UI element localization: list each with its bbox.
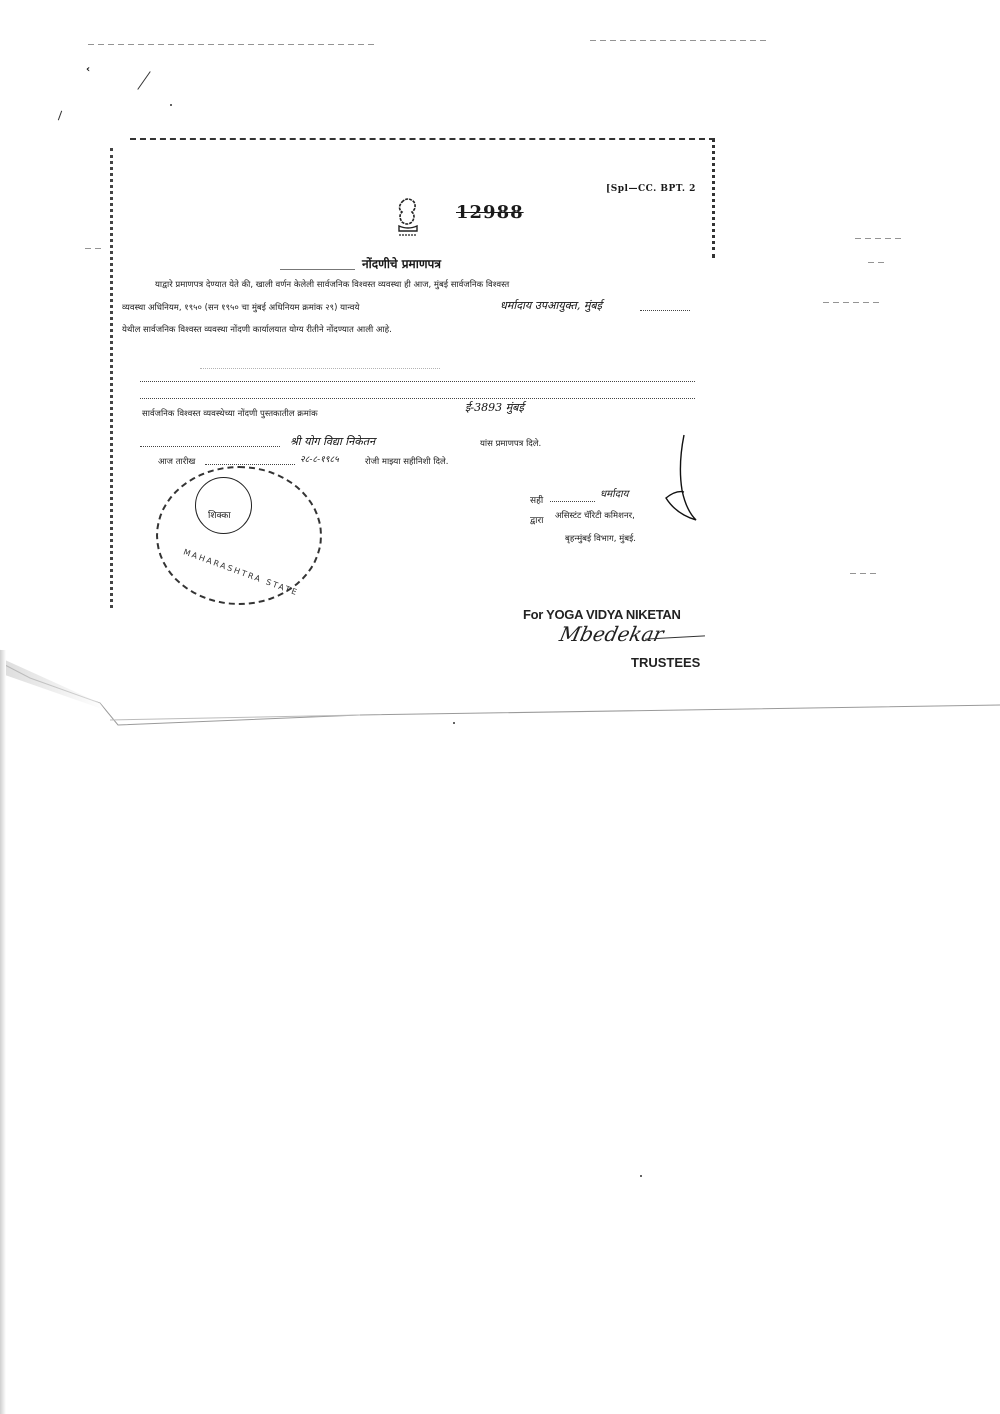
scan-artifact-line	[850, 573, 880, 574]
scan-artifact-line	[868, 262, 886, 263]
seal-inner-ring	[195, 477, 252, 534]
registration-certificate: [Spl—CC. BPT. 2 12988 नोंदणीचे प्रमाणपत्…	[110, 138, 715, 610]
registration-number: ई-3893 मुंबई	[465, 400, 524, 415]
official-signature: धर्मादाय	[600, 486, 628, 500]
form-code: [Spl—CC. BPT. 2	[606, 184, 696, 194]
scan-artifact-mark: ‹	[86, 64, 90, 75]
registration-label: सार्वजनिक विश्वस्त व्यवस्थेच्या नोंदणी प…	[142, 408, 318, 419]
certificate-title: नोंदणीचे प्रमाणपत्र	[362, 255, 441, 272]
certificate-left-border	[110, 148, 117, 608]
body-line-3: येथील सार्वजनिक विश्वस्त व्यवस्था नोंदणी…	[122, 324, 392, 335]
trust-name: श्री योग विद्या निकेतन	[290, 434, 375, 449]
scan-artifact-line	[590, 40, 770, 41]
signature-flourish-icon	[650, 433, 710, 543]
scan-artifact-line	[855, 238, 905, 239]
certificate-issued-text: यांस प्रमाणपत्र दिले.	[480, 438, 541, 449]
certificate-right-border	[708, 138, 715, 258]
scan-edge-shadow	[0, 650, 6, 1414]
paper-fold-edge	[0, 640, 1000, 730]
by-label: द्वारा	[530, 513, 544, 526]
body-line-2: व्यवस्था अधिनियम, १९५० (सन १९५० चा मुंबई…	[122, 302, 359, 313]
certificate-number: 12988	[456, 202, 524, 223]
signature-label: सही	[530, 493, 543, 506]
scan-artifact-stroke	[58, 111, 62, 121]
certificate-top-border	[130, 138, 715, 146]
state-emblem-icon	[393, 196, 423, 238]
scan-artifact-line	[85, 248, 105, 249]
region-line: बृहन्मुंबई विभाग, मुंबई.	[565, 533, 636, 544]
endorsement-for-line: For YOGA VIDYA NIKETAN	[523, 607, 681, 622]
scan-artifact-stroke	[137, 71, 150, 90]
body-line-1: याद्वारे प्रमाणपत्र देण्यात येते की, खाल…	[155, 279, 509, 290]
scan-artifact-line	[88, 44, 378, 45]
date-prefix: आज तारीख	[158, 456, 195, 467]
office-line: असिस्टंट चॅरिटी कमिशनर,	[555, 510, 635, 521]
title-rule	[280, 269, 355, 270]
date-suffix: रोजी माझ्या सहीनिशी दिले.	[365, 456, 448, 467]
date-value: २८-८-१९८५	[300, 452, 339, 465]
scan-artifact-line	[823, 302, 883, 303]
handwritten-office: धर्मादाय उपआयुक्त, मुंबई	[500, 298, 602, 313]
seal-label: शिक्का	[208, 508, 231, 521]
